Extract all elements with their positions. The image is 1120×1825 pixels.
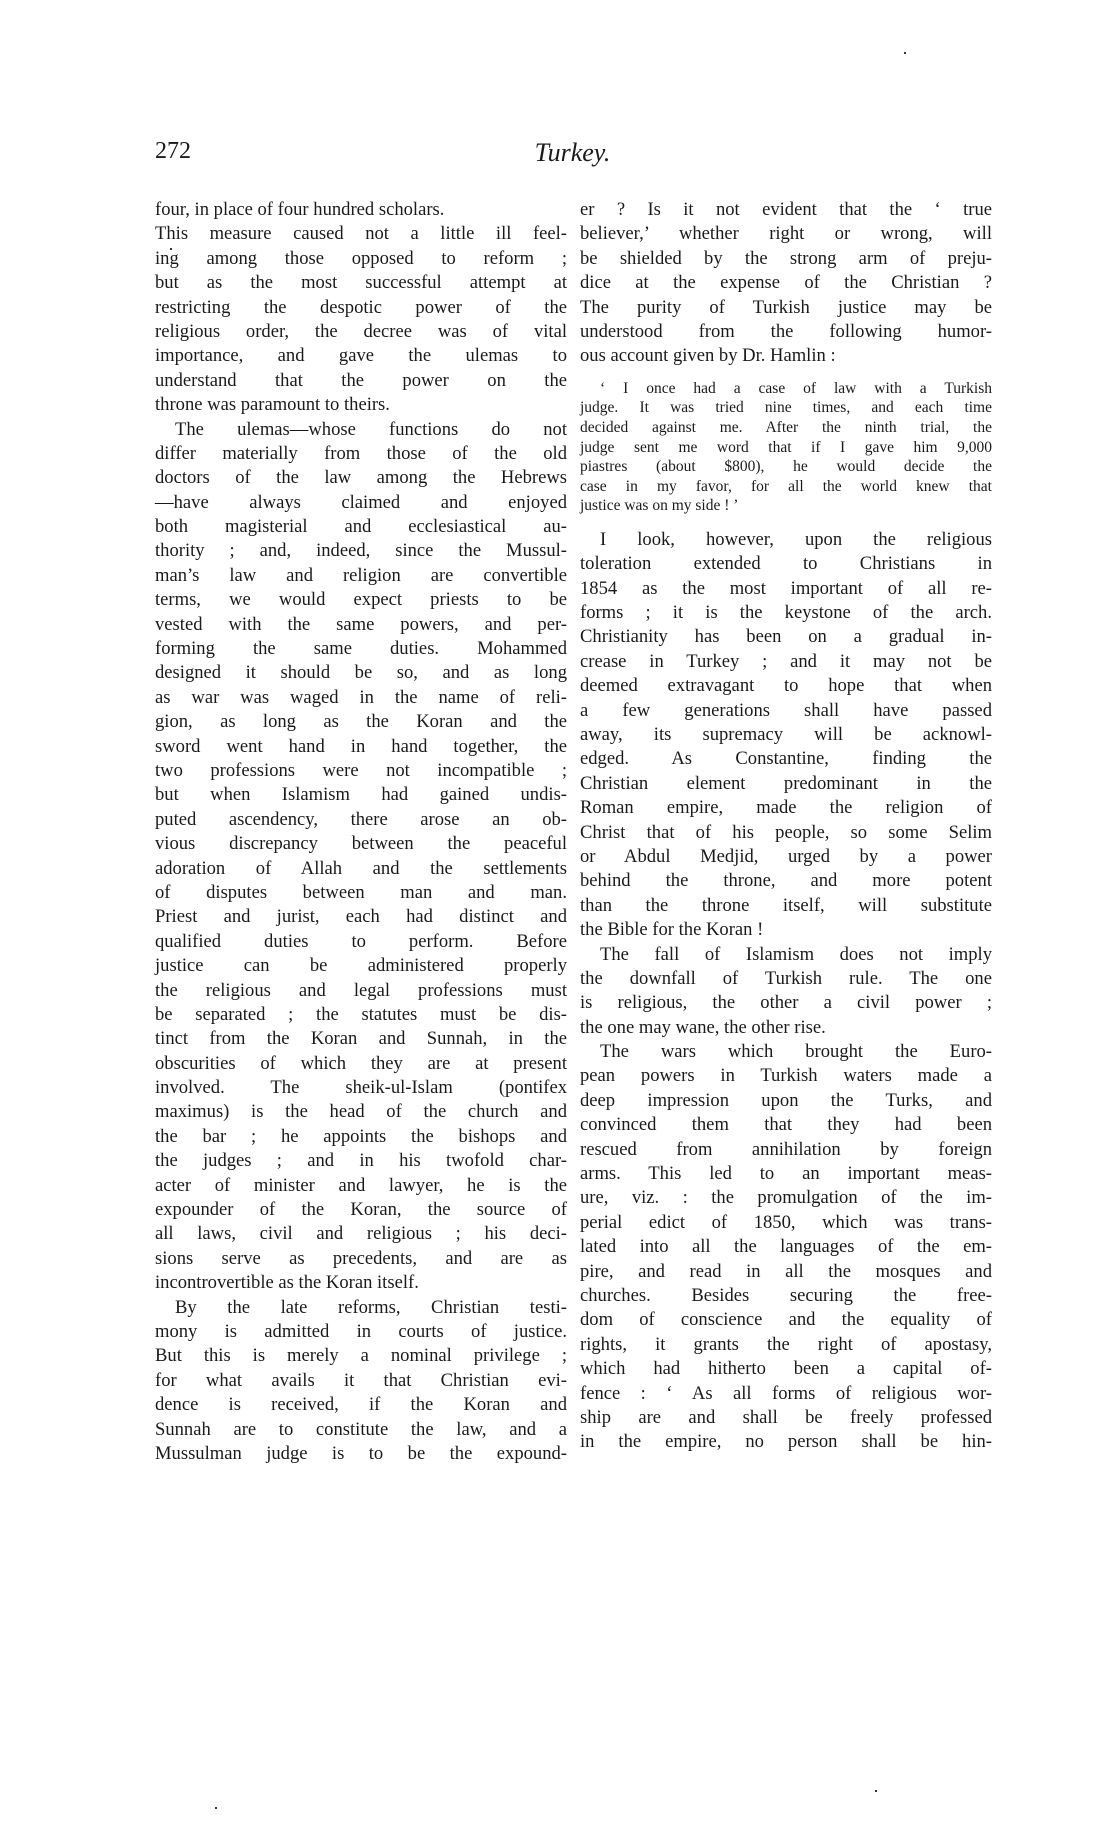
text-line: forms ; it is the keystone of the arch.	[580, 601, 992, 625]
book-page: 272 Turkey. four, in place of four hundr…	[0, 0, 1120, 1825]
text-line: understand that the power on the	[155, 369, 567, 393]
text-line: dence is received, if the Koran and	[155, 1393, 567, 1417]
text-line: man’s law and religion are convertible	[155, 564, 567, 588]
text-line: be shielded by the strong arm of preju-	[580, 247, 992, 271]
text-line: the bar ; he appoints the bishops and	[155, 1125, 567, 1149]
scan-speck	[904, 52, 906, 54]
text-line: edged. As Constantine, finding the	[580, 747, 992, 771]
text-line: Sunnah are to constitute the law, and a	[155, 1418, 567, 1442]
text-line: designed it should be so, and as long	[155, 661, 567, 685]
quote-line: justice was on my side ! ’	[580, 496, 992, 516]
text-line: rescued from annihilation by foreign	[580, 1138, 992, 1162]
text-line: Christianity has been on a gradual in-	[580, 625, 992, 649]
text-line: The ulemas—whose functions do not	[155, 418, 567, 442]
text-line: restricting the despotic power of the	[155, 296, 567, 320]
text-line: This measure caused not a little ill fee…	[155, 222, 567, 246]
text-line: throne was paramount to theirs.	[155, 393, 567, 417]
text-line: incontrovertible as the Koran itself.	[155, 1271, 567, 1295]
text-line: forming the same duties. Mohammed	[155, 637, 567, 661]
text-line: The fall of Islamism does not imply	[580, 943, 992, 967]
text-line: all laws, civil and religious ; his deci…	[155, 1222, 567, 1246]
text-line: pire, and read in all the mosques and	[580, 1260, 992, 1284]
text-line: but when Islamism had gained undis-	[155, 783, 567, 807]
text-line: for what avails it that Christian evi-	[155, 1369, 567, 1393]
text-line: Priest and jurist, each had distinct and	[155, 905, 567, 929]
text-line: Roman empire, made the religion of	[580, 796, 992, 820]
text-line: perial edict of 1850, which was trans-	[580, 1211, 992, 1235]
text-line: of disputes between man and man.	[155, 881, 567, 905]
text-line: sword went hand in hand together, the	[155, 735, 567, 759]
text-line: gion, as long as the Koran and the	[155, 710, 567, 734]
text-line: justice can be administered properly	[155, 954, 567, 978]
text-line: understood from the following humor-	[580, 320, 992, 344]
text-line: the downfall of Turkish rule. The one	[580, 967, 992, 991]
quote-line: judge. It was tried nine times, and each…	[580, 398, 992, 418]
text-line: four, in place of four hundred scholars.	[155, 198, 567, 222]
text-line: than the throne itself, will substitute	[580, 894, 992, 918]
text-line: Mussulman judge is to be the expound-	[155, 1442, 567, 1466]
text-line: which had hitherto been a capital of-	[580, 1357, 992, 1381]
text-line: rights, it grants the right of apostasy,	[580, 1333, 992, 1357]
text-line: away, its supremacy will be acknowl-	[580, 723, 992, 747]
scan-speck	[215, 1807, 217, 1809]
text-line: But this is merely a nominal privilege ;	[155, 1344, 567, 1368]
text-line: the judges ; and in his twofold char-	[155, 1149, 567, 1173]
text-line: toleration extended to Christians in	[580, 552, 992, 576]
text-line: religious order, the decree was of vital	[155, 320, 567, 344]
text-line: doctors of the law among the Hebrews	[155, 466, 567, 490]
text-line: vious discrepancy between the peaceful	[155, 832, 567, 856]
text-line: puted ascendency, there arose an ob-	[155, 808, 567, 832]
text-line: adoration of Allah and the settlements	[155, 857, 567, 881]
text-line: involved. The sheik-ul-Islam (pontifex	[155, 1076, 567, 1100]
text-line: ing among those opposed to reform ;	[155, 247, 567, 271]
text-line: fence : ‘ As all forms of religious wor-	[580, 1382, 992, 1406]
text-line: the one may wane, the other rise.	[580, 1016, 992, 1040]
text-line: the Bible for the Koran !	[580, 918, 992, 942]
text-line: behind the throne, and more potent	[580, 869, 992, 893]
quote-line: judge sent me word that if I gave him 9,…	[580, 438, 992, 458]
scan-speck	[170, 248, 172, 250]
text-line: be separated ; the statutes must be dis-	[155, 1003, 567, 1027]
text-line: 1854 as the most important of all re-	[580, 577, 992, 601]
right-column-text-after-quote: I look, however, upon the religioustoler…	[580, 528, 992, 1455]
text-line: or Abdul Medjid, urged by a power	[580, 845, 992, 869]
text-line: a few generations shall have passed	[580, 699, 992, 723]
text-line: ship are and shall be freely professed	[580, 1406, 992, 1430]
scan-speck	[875, 1790, 877, 1792]
text-line: vested with the same powers, and per-	[155, 613, 567, 637]
right-column-text-before-quote: er ? Is it not evident that the ‘ truebe…	[580, 198, 992, 369]
text-line: acter of minister and lawyer, he is the	[155, 1174, 567, 1198]
text-line: crease in Turkey ; and it may not be	[580, 650, 992, 674]
text-line: dom of conscience and the equality of	[580, 1308, 992, 1332]
text-line: the religious and legal professions must	[155, 979, 567, 1003]
text-line: ous account given by Dr. Hamlin :	[580, 344, 992, 368]
running-title: Turkey.	[155, 138, 990, 168]
text-line: believer,’ whether right or wrong, will	[580, 222, 992, 246]
running-head: 272 Turkey.	[155, 138, 990, 172]
text-line: thority ; and, indeed, since the Mussul-	[155, 539, 567, 563]
text-line: churches. Besides securing the free-	[580, 1284, 992, 1308]
text-line: maximus) is the head of the church and	[155, 1100, 567, 1124]
text-line: lated into all the languages of the em-	[580, 1235, 992, 1259]
text-line: obscurities of which they are at present	[155, 1052, 567, 1076]
text-line: expounder of the Koran, the source of	[155, 1198, 567, 1222]
text-line: qualified duties to perform. Before	[155, 930, 567, 954]
text-line: pean powers in Turkish waters made a	[580, 1064, 992, 1088]
text-line: arms. This led to an important meas-	[580, 1162, 992, 1186]
quote-line: case in my favor, for all the world knew…	[580, 477, 992, 497]
text-line: By the late reforms, Christian testi-	[155, 1296, 567, 1320]
text-line: is religious, the other a civil power ;	[580, 991, 992, 1015]
text-line: I look, however, upon the religious	[580, 528, 992, 552]
text-line: dice at the expense of the Christian ?	[580, 271, 992, 295]
text-line: —have always claimed and enjoyed	[155, 491, 567, 515]
text-line: ure, viz. : the promulgation of the im-	[580, 1186, 992, 1210]
text-line: terms, we would expect priests to be	[155, 588, 567, 612]
text-line: in the empire, no person shall be hin-	[580, 1430, 992, 1454]
block-quote-hamlin: ‘ I once had a case of law with a Turkis…	[580, 379, 992, 516]
text-line: mony is admitted in courts of justice.	[155, 1320, 567, 1344]
text-line: deep impression upon the Turks, and	[580, 1089, 992, 1113]
text-line: tinct from the Koran and Sunnah, in the	[155, 1027, 567, 1051]
text-line: differ materially from those of the old	[155, 442, 567, 466]
text-line: Christ that of his people, so some Selim	[580, 821, 992, 845]
text-line: deemed extravagant to hope that when	[580, 674, 992, 698]
right-column: er ? Is it not evident that the ‘ truebe…	[580, 198, 992, 1455]
text-line: er ? Is it not evident that the ‘ true	[580, 198, 992, 222]
text-line: two professions were not incompatible ;	[155, 759, 567, 783]
quote-line: ‘ I once had a case of law with a Turkis…	[580, 379, 992, 399]
text-line: both magisterial and ecclesiastical au-	[155, 515, 567, 539]
text-line: convinced them that they had been	[580, 1113, 992, 1137]
quote-line: piastres (about $800), he would decide t…	[580, 457, 992, 477]
quote-line: decided against me. After the ninth tria…	[580, 418, 992, 438]
text-line: but as the most successful attempt at	[155, 271, 567, 295]
text-line: as war was waged in the name of reli-	[155, 686, 567, 710]
text-line: The wars which brought the Euro-	[580, 1040, 992, 1064]
text-line: Christian element predominant in the	[580, 772, 992, 796]
text-line: The purity of Turkish justice may be	[580, 296, 992, 320]
text-line: importance, and gave the ulemas to	[155, 344, 567, 368]
text-line: sions serve as precedents, and are as	[155, 1247, 567, 1271]
left-column: four, in place of four hundred scholars.…	[155, 198, 567, 1466]
